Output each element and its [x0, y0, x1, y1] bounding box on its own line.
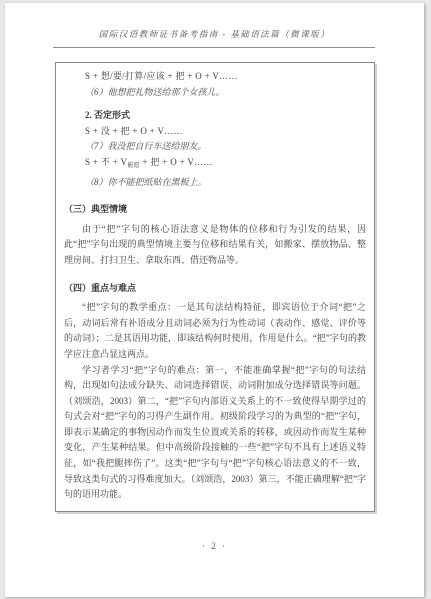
example-sentence-8: （8）你不能把纸贴在黑板上。 [85, 175, 366, 191]
formula-bu-suffix: + 把 + O + V…… [140, 157, 213, 167]
paragraph-learner-difficulties: 学习者学习“把”字句的难点：第一，不能准确掌握“把”字句的句法结构，出现如句法成… [64, 363, 366, 503]
section-heading-key-points: （四）重点与难点 [64, 281, 366, 297]
paragraph-typical-contexts: 由于“把”字句的核心语法意义是物体的位移和行为引发的结果，因此“把”字句出现的典… [64, 222, 366, 269]
document-page: 国际汉语教师证书备考指南 - 基础语法篇（微课版） S + 想/要/打算/应该 … [5, 3, 424, 597]
formula-modal-verbs: S + 想/要/打算/应该 + 把 + O + V…… [85, 69, 366, 85]
subheading-negation-form: 2. 否定形式 [85, 108, 366, 124]
formula-bu-negation: S + 不 + V能愿 + 把 + O + V…… [85, 155, 366, 175]
paragraph-teaching-key-points: “把”字句的教学重点：一是其句法结构特征，即宾语位于介词“把”之后，动词后常有补… [64, 300, 366, 362]
content-box: S + 想/要/打算/应该 + 把 + O + V…… （6）他想把礼物送给那个… [55, 62, 375, 512]
running-header: 国际汉语教师证书备考指南 - 基础语法篇（微课版） [5, 28, 424, 40]
header-rule [53, 47, 375, 48]
section-heading-typical-contexts: （三）典型情境 [64, 202, 366, 218]
example-sentence-7: （7）我没把自行车送给朋友。 [85, 139, 366, 155]
formula-bu-subscript: 能愿 [127, 163, 140, 169]
example-sentence-6: （6）他想把礼物送给那个女孩儿。 [85, 85, 366, 101]
formula-bu-prefix: S + 不 + V [85, 157, 127, 167]
page-number: · 2 · [5, 541, 424, 551]
formula-mei-negation: S + 没 + 把 + O + V…… [85, 124, 366, 140]
